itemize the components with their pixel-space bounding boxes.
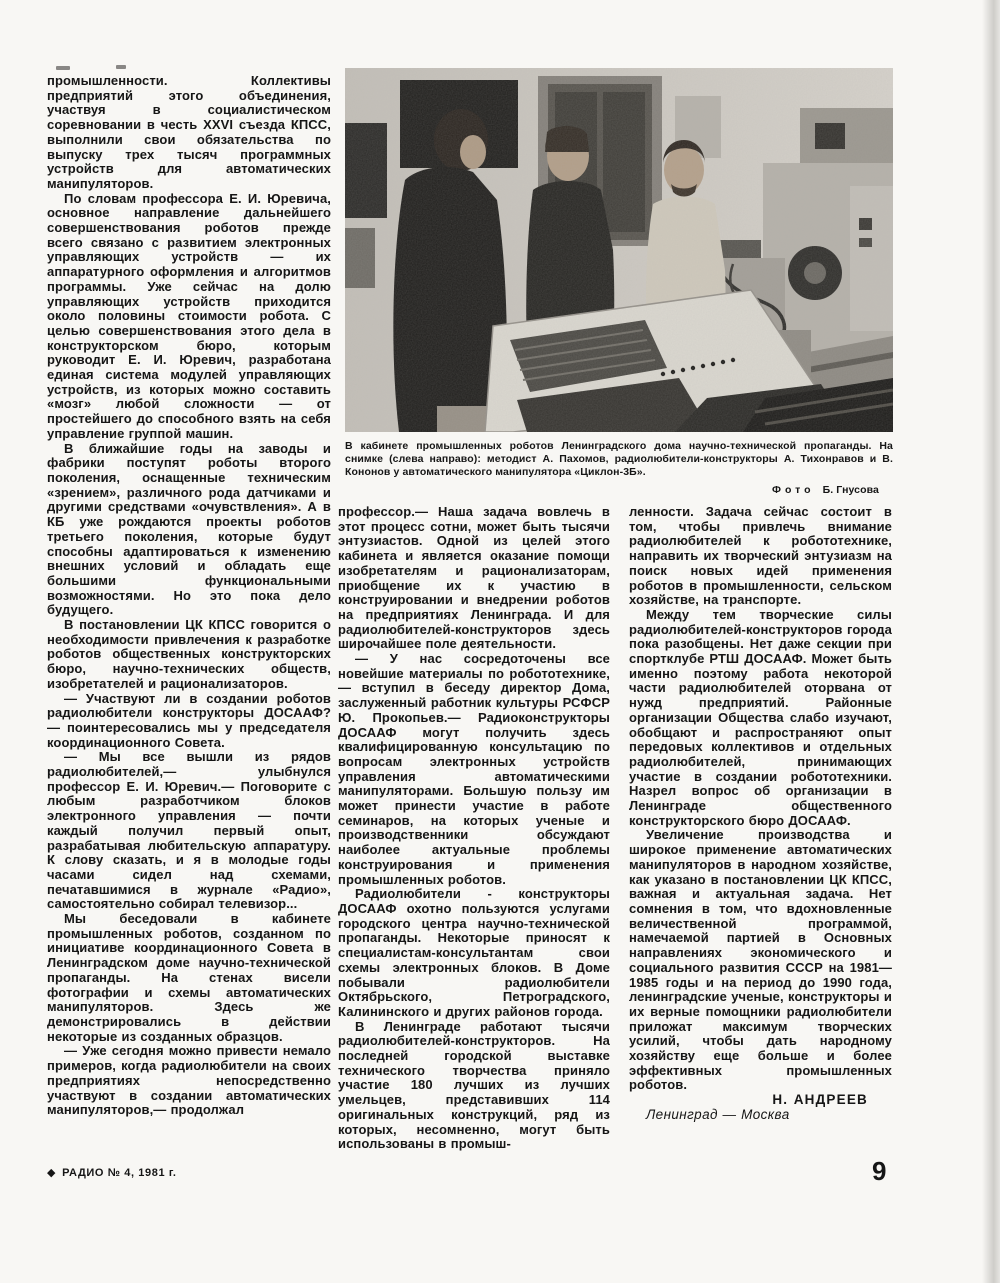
column-middle: профессор.— Наша задача вовлечь в этот п…	[338, 505, 610, 1153]
paragraph: — Уже сегодня можно привести немало прим…	[47, 1044, 331, 1118]
paragraph: — У нас сосредоточены все новейшие матер…	[338, 652, 610, 887]
paragraph: — Участвуют ли в создании роботов радиол…	[47, 692, 331, 751]
paragraph: Мы беседовали в кабинете промышленных ро…	[47, 912, 331, 1044]
footer-journal-text: РАДИО № 4, 1981 г.	[62, 1167, 177, 1179]
paragraph: ленности. Задача сейчас состоит в том, ч…	[629, 505, 892, 608]
photo-credit-label: Фото	[772, 484, 815, 496]
scan-edge-shadow	[982, 0, 1000, 1283]
paragraph: профессор.— Наша задача вовлечь в этот п…	[338, 505, 610, 652]
paragraph: В ближайшие годы на заводы и фабрики пос…	[47, 442, 331, 618]
dateline: Ленинград — Москва	[629, 1108, 892, 1123]
photo-credit-name: Б. Гнусова	[823, 484, 879, 496]
photo-illustration	[345, 68, 893, 432]
page-number: 9	[872, 1156, 886, 1187]
diamond-icon: ◆	[47, 1168, 56, 1179]
paragraph: Увеличение производства и широкое примен…	[629, 828, 892, 1093]
photo-caption: В кабинете промышленных роботов Ленингра…	[345, 440, 893, 497]
scan-artifact	[116, 65, 126, 69]
scan-artifact	[56, 66, 70, 70]
photo-credit: ФотоБ. Гнусова	[345, 484, 893, 497]
paragraph: В постановлении ЦК КПСС говорится о необ…	[47, 618, 331, 692]
photo-caption-text: В кабинете промышленных роботов Ленингра…	[345, 440, 893, 479]
paragraph: Между тем творческие силы радиолюбителей…	[629, 608, 892, 829]
paragraph: По словам профессора Е. И. Юревича, осно…	[47, 192, 331, 442]
paragraph: — Мы все вышли из рядов радиолюбителей,—…	[47, 750, 331, 912]
footer-journal-line: ◆ РАДИО № 4, 1981 г.	[47, 1167, 177, 1179]
photo-grain-overlay	[345, 68, 893, 432]
column-left: промышленности. Коллективы предприятий э…	[47, 74, 331, 1152]
paragraph: промышленности. Коллективы предприятий э…	[47, 74, 331, 192]
column-right: ленности. Задача сейчас состоит в том, ч…	[629, 505, 892, 1177]
article-photo: В кабинете промышленных роботов Ленингра…	[345, 68, 893, 497]
paragraph: В Ленинграде работают тысячи радиолюбите…	[338, 1020, 610, 1152]
author-signature: Н. АНДРЕЕВ	[629, 1093, 892, 1108]
magazine-page: промышленности. Коллективы предприятий э…	[0, 0, 1000, 1283]
paragraph: Радиолюбители - конструкторы ДОСААФ охот…	[338, 887, 610, 1019]
photo-image	[345, 68, 893, 432]
